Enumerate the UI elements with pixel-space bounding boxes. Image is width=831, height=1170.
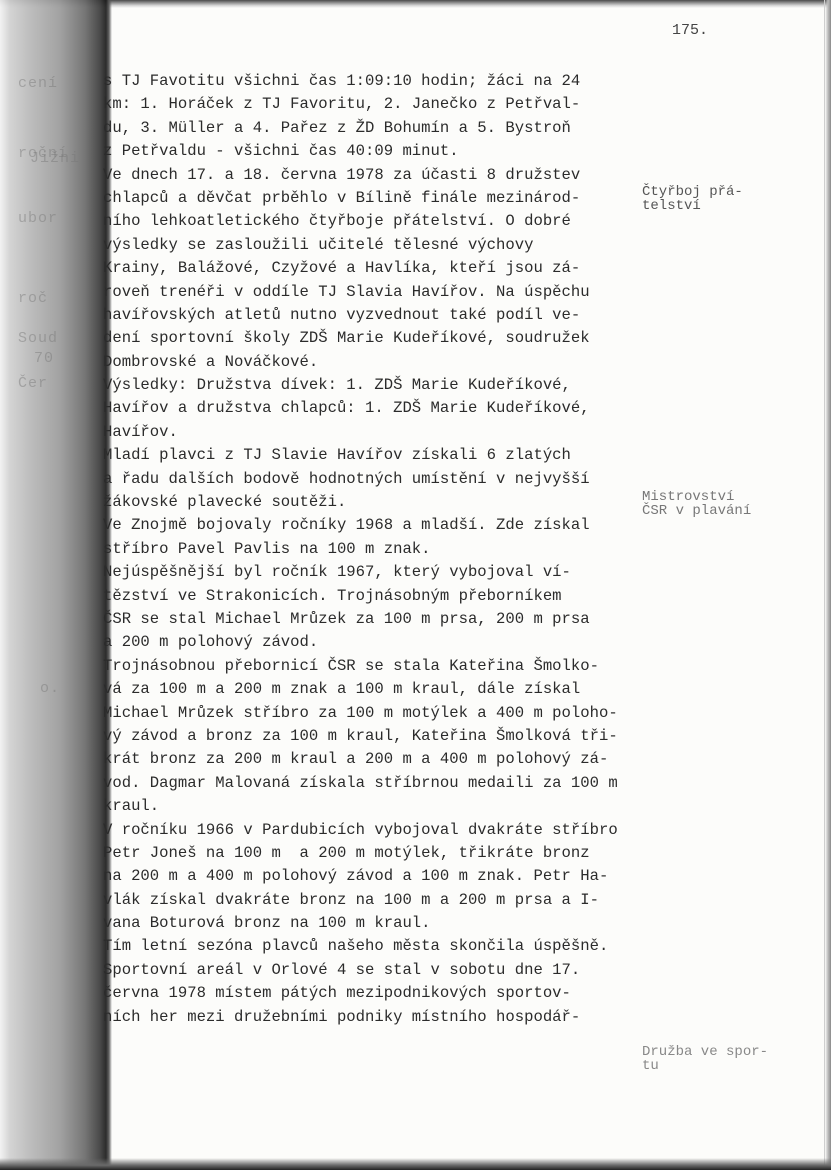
bleed-through-text: 70	[34, 350, 54, 367]
bleed-through-text: Čer	[18, 375, 48, 392]
text-line: výsledky se zasloužili učitelé tělesné v…	[103, 234, 663, 257]
margin-note-ctyrboj: Čtyřboj přá- telství	[642, 185, 743, 213]
page-top-edge	[0, 0, 831, 8]
text-line: a řadu dalších bodově hodnotných umístěn…	[103, 468, 663, 491]
page-bottom-edge	[0, 1158, 831, 1170]
text-line: dení sportovní školy ZDŠ Marie Kudeříkov…	[103, 327, 663, 350]
text-line: na 200 m a 400 m polohový závod a 100 m …	[103, 865, 663, 888]
text-line: Ve Znojmě bojovaly ročníky 1968 a mladší…	[103, 514, 663, 537]
text-line: června 1978 místem pátých mezipodnikovýc…	[103, 982, 663, 1005]
text-line: vý závod a bronz za 100 m kraul, Kateřin…	[103, 725, 663, 748]
text-line: vlák získal dvakráte bronz na 100 m a 20…	[103, 889, 663, 912]
margin-note-mistrovstvi: Mistrovství ČSR v plavání	[642, 490, 751, 518]
text-line: ČSR se stal Michael Mrůzek za 100 m prsa…	[103, 608, 663, 631]
text-line: Sportovní areál v Orlové 4 se stal v sob…	[103, 959, 663, 982]
text-line: kraul.	[103, 795, 663, 818]
text-line: krát bronz za 200 m kraul a 200 m a 400 …	[103, 748, 663, 771]
text-line: Mladí plavci z TJ Slavie Havířov získali…	[103, 444, 663, 467]
text-line: roveň trenéři v oddíle TJ Slavia Havířov…	[103, 281, 663, 304]
text-line: ních her mezi družebními podniky místníh…	[103, 1006, 663, 1029]
bleed-through-text: Soud	[18, 330, 58, 347]
text-line: Výsledky: Družstva dívek: 1. ZDŠ Marie K…	[103, 374, 663, 397]
text-line: tězství ve Strakonicích. Trojnásobným př…	[103, 585, 663, 608]
text-line: vana Boturová bronz na 100 m kraul.	[103, 912, 663, 935]
text-line: Nejúspěšnější byl ročník 1967, který vyb…	[103, 561, 663, 584]
text-line: stříbro Pavel Pavlis na 100 m znak.	[103, 538, 663, 561]
text-line: vod. Dagmar Malovaná získala stříbrnou m…	[103, 772, 663, 795]
text-line: chlapců a děvčat prběhlo v Bílině finále…	[103, 187, 663, 210]
text-line: s TJ Favotitu všichni čas 1:09:10 hodin;…	[103, 70, 663, 93]
text-line: žákovské plavecké soutěži.	[103, 491, 663, 514]
text-line: Trojnásobnou přebornicí ČSR se stala Kat…	[103, 655, 663, 678]
bleed-through-text: cení	[18, 75, 58, 92]
text-line: havířovských atletů nutno vyzvednout tak…	[103, 304, 663, 327]
binding-shadow	[0, 0, 112, 1170]
text-line: Tím letní sezóna plavců našeho města sko…	[103, 935, 663, 958]
typewritten-body: s TJ Favotitu všichni čas 1:09:10 hodin;…	[103, 70, 663, 1029]
scanned-page: cení roční ubor Jižni roč Soud Čer 70 o.…	[0, 0, 831, 1170]
text-line: Ve dnech 17. a 18. června 1978 za účasti…	[103, 164, 663, 187]
text-line: Dombrovské a Nováčkové.	[103, 351, 663, 374]
text-line: V ročníku 1966 v Pardubicích vybojoval d…	[103, 819, 663, 842]
bleed-through-text: Jižni	[30, 150, 80, 167]
bleed-through-text: o.	[40, 680, 60, 697]
text-line: du, 3. Müller a 4. Pařez z ŽD Bohumín a …	[103, 117, 663, 140]
text-line: Krainy, Balážové, Czyžové a Havlíka, kte…	[103, 257, 663, 280]
text-line: Havířov.	[103, 421, 663, 444]
text-line: a 200 m polohový závod.	[103, 631, 663, 654]
text-line: km: 1. Horáček z TJ Favoritu, 2. Janečko…	[103, 93, 663, 116]
text-line: Petr Joneš na 100 m a 200 m motýlek, tři…	[103, 842, 663, 865]
page-number: 175.	[672, 22, 708, 39]
text-line: Michael Mrůzek stříbro za 100 m motýlek …	[103, 702, 663, 725]
text-line: z Petřvaldu - všichni čas 40:09 minut.	[103, 140, 663, 163]
text-line: Havířov a družstva chlapců: 1. ZDŠ Marie…	[103, 397, 663, 420]
text-line: ního lehkoatletického čtyřboje přátelstv…	[103, 210, 663, 233]
text-line: vá za 100 m a 200 m znak a 100 m kraul, …	[103, 678, 663, 701]
page-right-edge	[825, 0, 831, 1170]
margin-note-druzba: Družba ve spor- tu	[642, 1045, 768, 1073]
bleed-through-text: roč	[18, 290, 48, 307]
bleed-through-text: ubor	[18, 210, 58, 227]
